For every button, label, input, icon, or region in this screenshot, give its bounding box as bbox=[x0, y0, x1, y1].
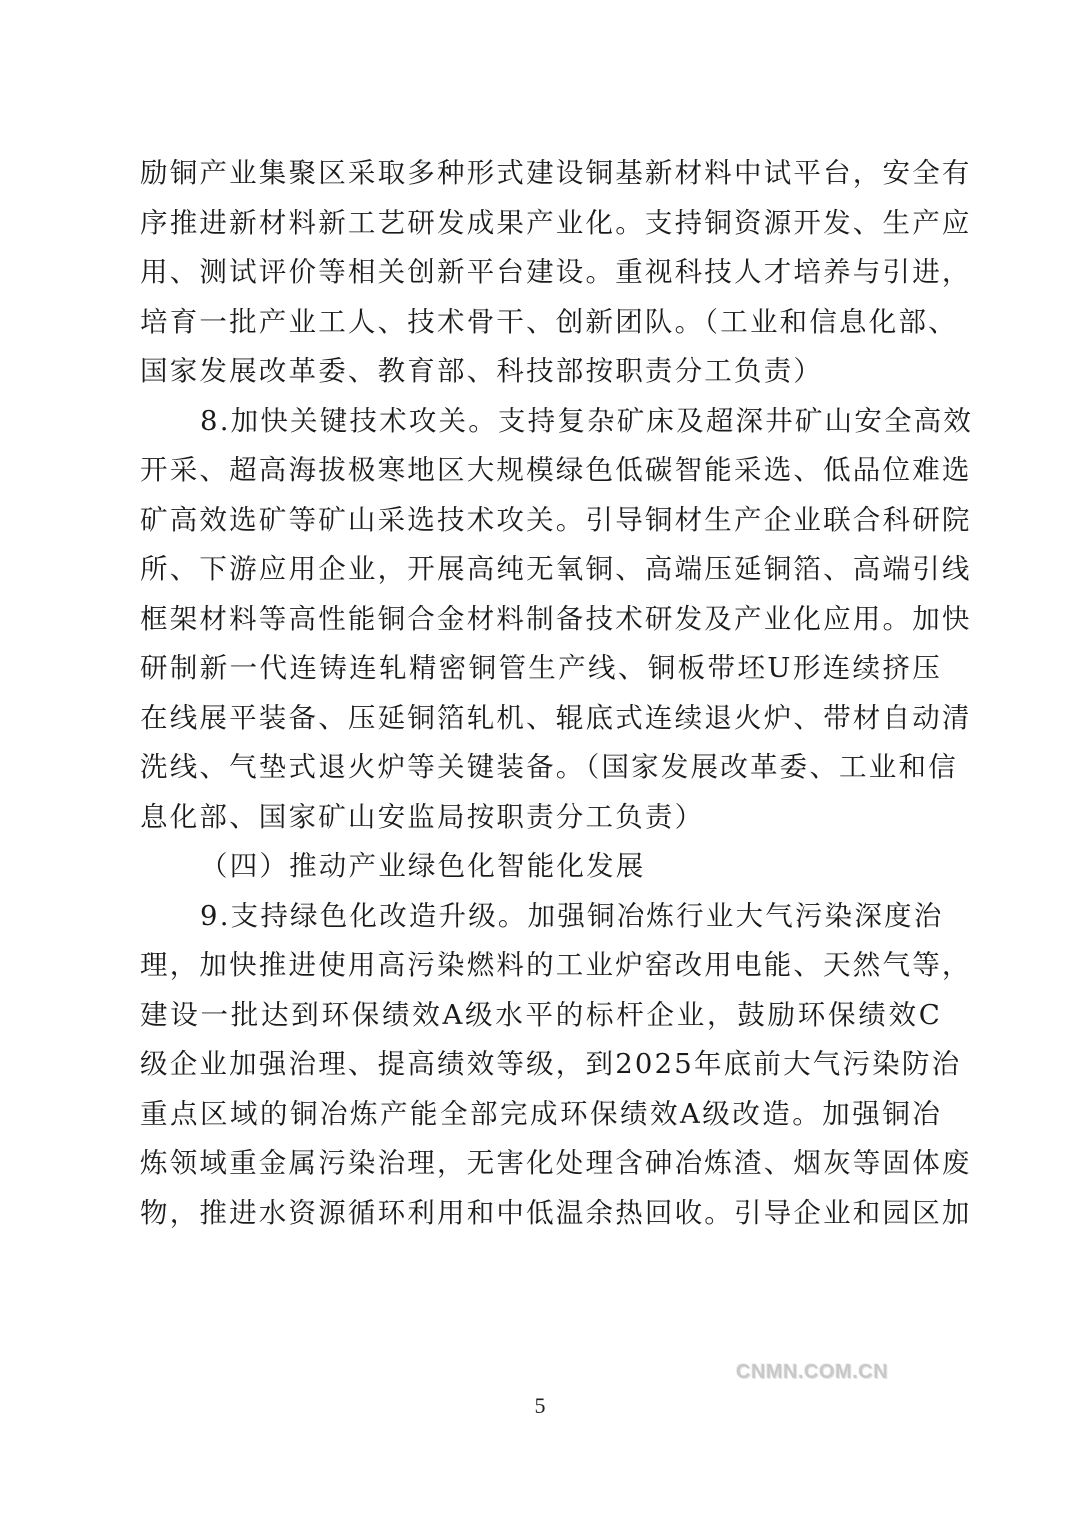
paragraph-7-continued: 励铜产业集聚区采取多种形式建设铜基新材料中试平台，安全有 序推进新材料新工艺研发… bbox=[140, 149, 942, 397]
text-line: 序推进新材料新工艺研发成果产业化。支持铜资源开发、生产应 bbox=[140, 199, 942, 249]
document-page: 励铜产业集聚区采取多种形式建设铜基新材料中试平台，安全有 序推进新材料新工艺研发… bbox=[0, 0, 1080, 1527]
site-watermark: CNMN.COM.CN bbox=[736, 1361, 888, 1384]
text-line: 9.支持绿色化改造升级。加强铜冶炼行业大气污染深度治 bbox=[140, 892, 942, 942]
text-line: 重点区域的铜冶炼产能全部完成环保绩效A级改造。加强铜冶 bbox=[140, 1090, 942, 1140]
text-line: 开采、超高海拔极寒地区大规模绿色低碳智能采选、低品位难选 bbox=[140, 446, 942, 496]
page-number: 5 bbox=[0, 1393, 1080, 1419]
text-line: 理，加快推进使用高污染燃料的工业炉窑改用电能、天然气等， bbox=[140, 941, 942, 991]
document-body: 励铜产业集聚区采取多种形式建设铜基新材料中试平台，安全有 序推进新材料新工艺研发… bbox=[140, 149, 942, 1238]
text-line: 所、下游应用企业，开展高纯无氧铜、高端压延铜箔、高端引线 bbox=[140, 545, 942, 595]
text-line: 用、测试评价等相关创新平台建设。重视科技人才培养与引进， bbox=[140, 248, 942, 298]
text-line: 在线展平装备、压延铜箔轧机、辊底式连续退火炉、带材自动清 bbox=[140, 694, 942, 744]
text-line: 研制新一代连铸连轧精密铜管生产线、铜板带坯U形连续挤压 bbox=[140, 644, 942, 694]
text-line: 息化部、国家矿山安监局按职责分工负责） bbox=[140, 793, 942, 843]
text-line: 矿高效选矿等矿山采选技术攻关。引导铜材生产企业联合科研院 bbox=[140, 496, 942, 546]
text-line: 8.加快关键技术攻关。支持复杂矿床及超深井矿山安全高效 bbox=[140, 397, 942, 447]
text-line: 培育一批产业工人、技术骨干、创新团队。（工业和信息化部、 bbox=[140, 298, 942, 348]
text-line: 级企业加强治理、提高绩效等级，到2025年底前大气污染防治 bbox=[140, 1040, 942, 1090]
text-line: 框架材料等高性能铜合金材料制备技术研发及产业化应用。加快 bbox=[140, 595, 942, 645]
paragraph-9: 9.支持绿色化改造升级。加强铜冶炼行业大气污染深度治 理，加快推进使用高污染燃料… bbox=[140, 892, 942, 1239]
text-line: 炼领域重金属污染治理，无害化处理含砷冶炼渣、烟灰等固体废 bbox=[140, 1139, 942, 1189]
text-line: 建设一批达到环保绩效A级水平的标杆企业，鼓励环保绩效C bbox=[140, 991, 942, 1041]
paragraph-8: 8.加快关键技术攻关。支持复杂矿床及超深井矿山安全高效 开采、超高海拔极寒地区大… bbox=[140, 397, 942, 843]
text-line: 励铜产业集聚区采取多种形式建设铜基新材料中试平台，安全有 bbox=[140, 149, 942, 199]
section-heading-4: （四）推动产业绿色化智能化发展 bbox=[140, 842, 942, 892]
text-line: 物，推进水资源循环利用和中低温余热回收。引导企业和园区加 bbox=[140, 1189, 942, 1239]
section-heading-text: （四）推动产业绿色化智能化发展 bbox=[140, 842, 942, 892]
text-line: 国家发展改革委、教育部、科技部按职责分工负责） bbox=[140, 347, 942, 397]
text-line: 洗线、气垫式退火炉等关键装备。（国家发展改革委、工业和信 bbox=[140, 743, 942, 793]
